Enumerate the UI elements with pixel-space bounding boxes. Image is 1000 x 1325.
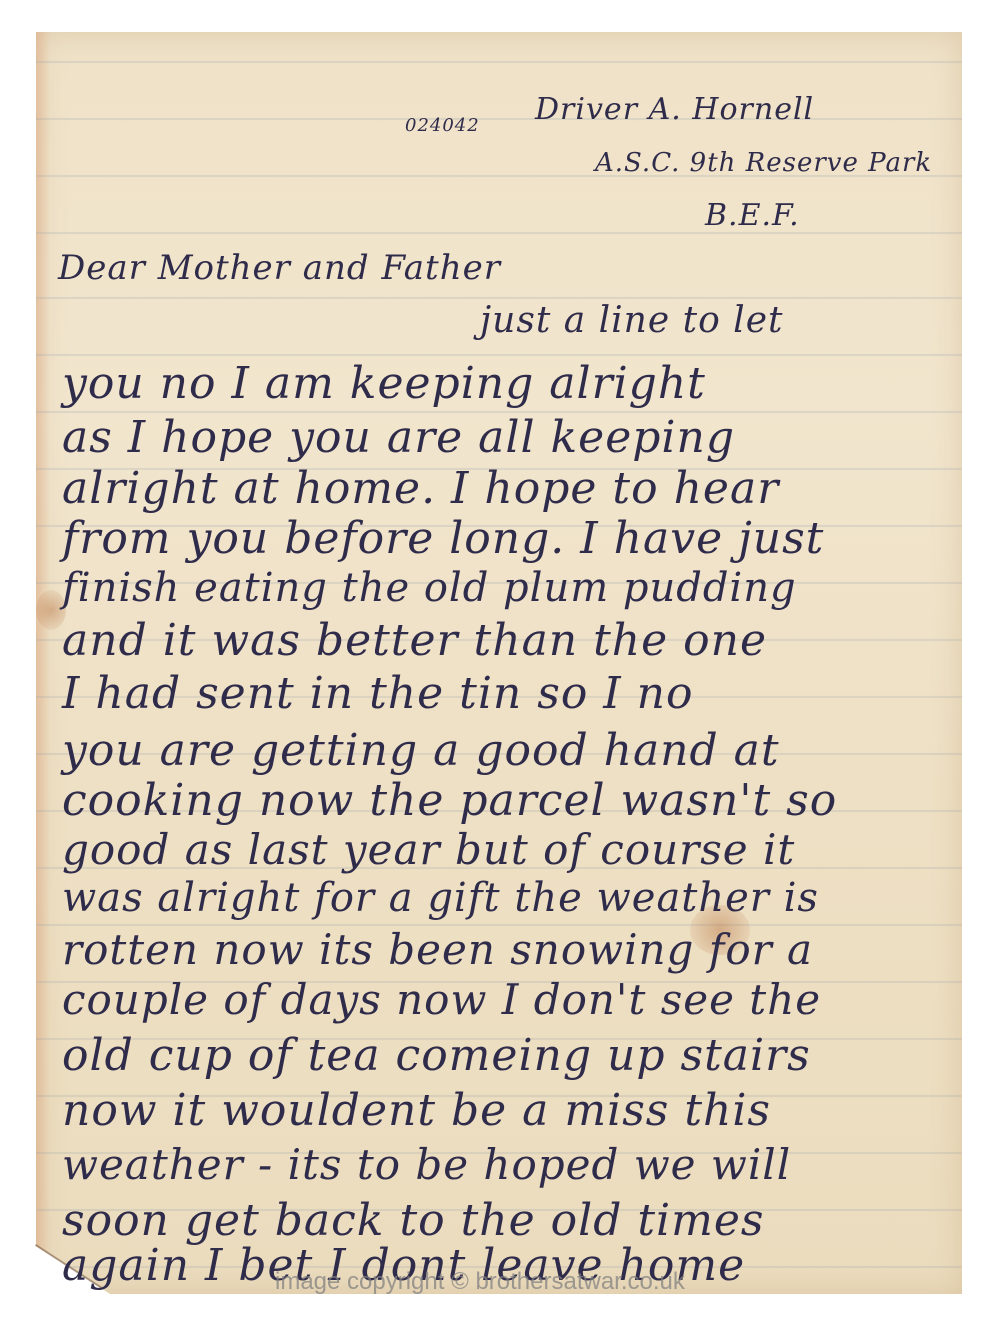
letter-line: cooking now the parcel wasn't so <box>62 775 837 826</box>
letter-line: weather - its to be hoped we will <box>62 1140 791 1189</box>
letter-line: from you before long. I have just <box>62 513 824 564</box>
sender-unit: A.S.C. 9th Reserve Park <box>595 148 932 178</box>
service-number: 024042 <box>405 115 480 136</box>
letter-line: finish eating the old plum pudding <box>62 565 797 611</box>
letter-line: just a line to let <box>480 300 783 341</box>
letter-line: as I hope you are all keeping <box>62 412 735 463</box>
letter-line: you are getting a good hand at <box>62 725 780 776</box>
letter-line: good as last year but of course it <box>62 825 795 874</box>
letter-line: old cup of tea comeing up stairs <box>62 1030 811 1081</box>
letter-line: you no I am keeping alright <box>62 358 706 409</box>
letter-line: was alright for a gift the weather is <box>62 875 819 921</box>
sender-location: B.E.F. <box>705 198 800 233</box>
letter-line: soon get back to the old times <box>62 1195 764 1246</box>
letter-line: and it was better than the one <box>62 615 767 666</box>
sender-name: Driver A. Hornell <box>535 92 814 127</box>
letter-line: rotten now its been snowing for a <box>62 925 813 974</box>
letter-line: alright at home. I hope to hear <box>62 463 779 514</box>
letter-line: couple of days now I don't see the <box>62 975 821 1024</box>
copyright-watermark: image copyright © brothersatwar.co.uk <box>275 1268 685 1296</box>
salutation: Dear Mother and Father <box>58 248 501 288</box>
letter-line: now it wouldent be a miss this <box>62 1085 771 1136</box>
letter-line: I had sent in the tin so I no <box>62 668 694 719</box>
